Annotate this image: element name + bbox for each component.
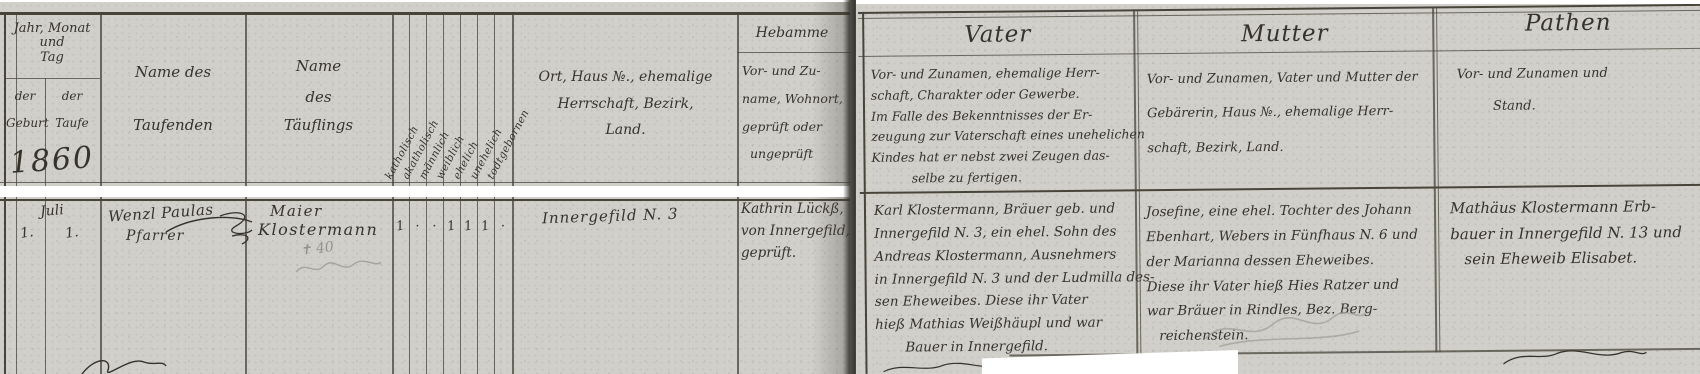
child-col-line: des xyxy=(247,89,390,106)
godparents-record-line: bauer in Innergefild N. 13 und xyxy=(1450,224,1682,243)
father-sub-line: zeugung zur Vaterschaft eines uneheliche… xyxy=(871,127,1145,143)
godparents-sub-line: Vor- und Zunamen und xyxy=(1457,67,1608,83)
scan-top-sliver xyxy=(856,0,1700,4)
date-sub-baptism: der Taufe xyxy=(47,90,97,130)
cutoff-next-row-flourish-left xyxy=(879,361,999,374)
baptizer-col-title: Name des Taufenden xyxy=(102,64,244,133)
tally-mark: · xyxy=(409,220,426,234)
scan-splice-band xyxy=(0,186,852,197)
place-col-title: Ort, Haus №., ehemalige Herrschaft, Bezi… xyxy=(516,70,735,138)
sub-baptism-line: der xyxy=(47,90,97,103)
father-record-line: hieß Mathias Weißhäupl und war xyxy=(875,315,1155,333)
godparents-col-sub: Vor- und Zunamen und Stand. xyxy=(1457,67,1609,115)
date-col-title: Jahr, Monat und Tag xyxy=(6,22,98,65)
father-col-sub: Vor- und Zunamen, ehemalige Herr- schaft… xyxy=(871,65,1146,185)
mother-pencil-squiggle xyxy=(1199,295,1370,353)
mother-record-line: Diese ihr Vater hieß Hies Ratzer und xyxy=(1147,277,1419,294)
right-page-inner: Vater Mutter Pathen Vor- und Zunamen, eh… xyxy=(856,0,1700,374)
mother-col-sub: Vor- und Zunamen, Vater und Mutter der G… xyxy=(1147,71,1419,156)
right-page: Vater Mutter Pathen Vor- und Zunamen, eh… xyxy=(856,4,1700,374)
cutoff-next-row-flourish-right xyxy=(1499,346,1649,367)
father-record-line: Andreas Klostermann, Ausnehmers xyxy=(874,247,1154,265)
godparents-sub-line: Stand. xyxy=(1493,99,1608,114)
father-record-line: Innergefild N. 3, ein ehel. Sohn des xyxy=(874,224,1154,242)
father-sub-line: Im Falle des Bekenntnisses der Er- xyxy=(871,107,1145,123)
record-baptism-day: 1. xyxy=(49,223,95,244)
father-sub-line: schaft, Charakter oder Gewerbe. xyxy=(871,86,1145,102)
col-line xyxy=(1436,6,1440,352)
baptizer-col-line: Taufenden xyxy=(102,117,244,134)
mother-col-title: Mutter xyxy=(1137,20,1432,48)
baptizer-col-line: Name des xyxy=(102,64,244,81)
record-place: Innergefild N. 3 xyxy=(542,206,679,227)
record-baptizer-role: Pfarrer xyxy=(126,229,184,244)
date-title-line: Tag xyxy=(6,51,98,65)
father-record-line: sen Eheweibes. Diese ihr Vater xyxy=(875,293,1155,311)
father-sub-line: Vor- und Zunamen, ehemalige Herr- xyxy=(871,65,1145,81)
place-col-line: Land. xyxy=(516,123,735,138)
cutoff-next-row-flourish xyxy=(78,354,168,374)
tally-mark: · xyxy=(494,220,512,234)
right-record-top-line xyxy=(860,184,1700,194)
record-child-name-last: Klostermann xyxy=(258,221,378,239)
date-sub-birth: der Geburt xyxy=(6,90,44,130)
father-sub-line: Kindes hat er nebst zwei Zeugen das- xyxy=(871,148,1145,164)
tally-mark: 1 xyxy=(476,219,495,236)
register-scan: Jahr, Monat und Tag der Geburt der Taufe… xyxy=(0,0,1700,374)
godparents-record-line: Mathäus Klostermann Erb- xyxy=(1450,198,1682,217)
father-col-title: Vater xyxy=(862,21,1133,49)
mother-record-line: Ebenhart, Webers in Fünfhaus N. 6 und xyxy=(1146,227,1418,244)
record-child-name-first: Maier xyxy=(270,203,323,220)
godparents-record-line: sein Eheweib Elisabet. xyxy=(1464,249,1682,268)
title-underline xyxy=(858,48,1700,57)
child-col-line: Name xyxy=(247,58,390,75)
tally-mark: · xyxy=(426,220,443,234)
godparents-col-title: Pathen xyxy=(1436,10,1700,38)
sub-birth-line: der xyxy=(6,90,44,103)
mother-sub-line: Vor- und Zunamen, Vater und Mutter der xyxy=(1147,71,1418,88)
record-godparents: Mathäus Klostermann Erb- bauer in Innerg… xyxy=(1450,198,1682,268)
mother-sub-line: schaft, Bezirk, Land. xyxy=(1147,139,1418,156)
mother-record-line: Josefine, eine ehel. Tochter des Johann xyxy=(1146,203,1418,220)
child-pencil-squiggle xyxy=(292,254,384,280)
mother-sub-line: Gebärerin, Haus №., ehemalige Herr- xyxy=(1147,105,1418,122)
date-title-line: Jahr, Monat xyxy=(6,22,98,36)
tally-mark: 1 xyxy=(391,219,410,236)
father-record-line: Bauer in Innergefild. xyxy=(905,338,1155,355)
left-top-border xyxy=(0,12,850,15)
record-top-line xyxy=(0,199,850,201)
child-col-title: Name des Täuflings xyxy=(247,58,390,134)
year-label: 1860 xyxy=(5,141,99,180)
father-record-line: in Innergefild N. 3 und der Ludmilla des… xyxy=(875,270,1155,288)
record-month: Juli xyxy=(6,200,99,223)
father-record-line: Karl Klostermann, Bräuer geb. und xyxy=(874,201,1154,219)
place-col-line: Herrschaft, Bezirk, xyxy=(516,97,735,112)
record-birth-day: 1. xyxy=(9,224,45,244)
record-father: Karl Klostermann, Bräuer geb. und Innerg… xyxy=(874,201,1155,356)
father-sub-line: selbe zu fertigen. xyxy=(912,169,1146,185)
sub-baptism-line: Taufe xyxy=(47,117,97,130)
mother-record-line: der Marianna dessen Eheweibes. xyxy=(1146,252,1418,269)
child-col-line: Täuflings xyxy=(247,117,390,134)
date-title-underline xyxy=(5,78,100,79)
date-title-line: und xyxy=(6,36,98,50)
place-col-line: Ort, Haus №., ehemalige xyxy=(516,70,735,85)
header-bottom-line xyxy=(0,182,850,183)
sub-birth-line: Geburt xyxy=(6,117,44,130)
